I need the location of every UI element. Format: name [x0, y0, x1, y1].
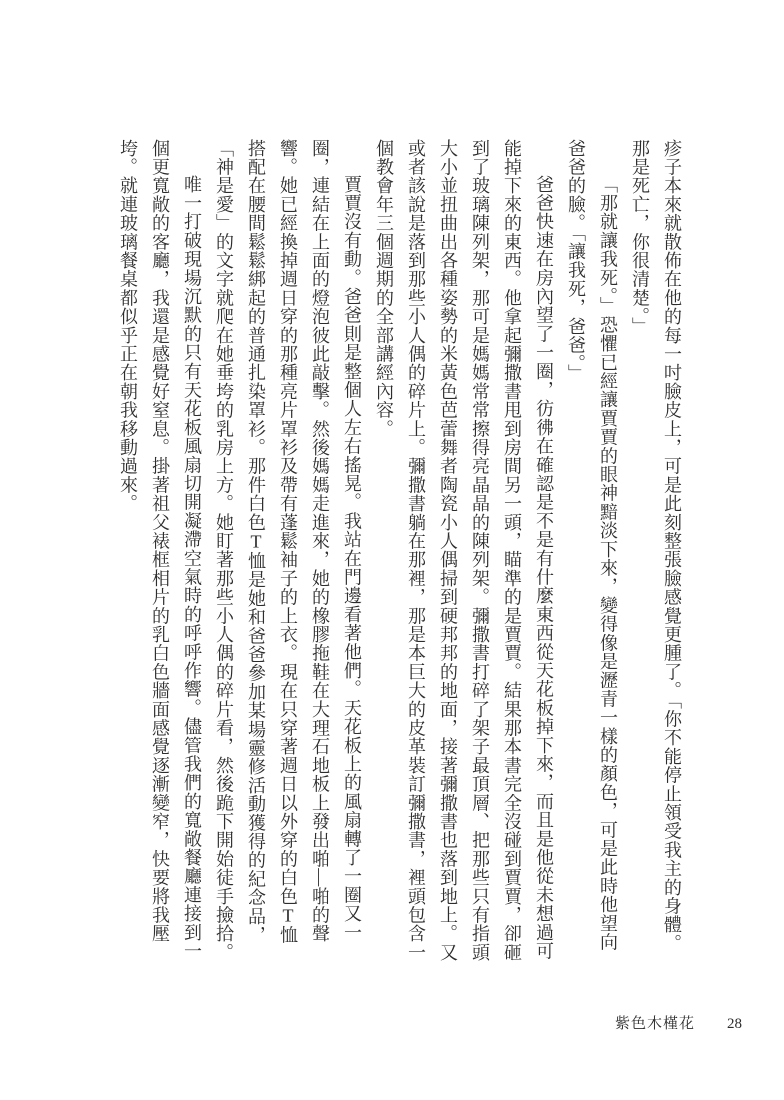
book-page: 疹子本來就散佈在他的每一吋臉皮上，可是此刻整張臉感覺更腫了。「你不能停止領受我主… [0, 0, 784, 1100]
paragraph: 疹子本來就散佈在他的每一吋臉皮上，可是此刻整張臉感覺更腫了。「你不能停止領受我主… [624, 139, 688, 963]
page-footer: 紫色木槿花 28 [615, 1012, 742, 1033]
paragraph: 唯一打破現場沉默的只有天花板風扇切開凝滯空氣時的呼呼作響。儘管我們的寬敞餐廳連接… [112, 139, 208, 963]
latin-text: T [246, 532, 266, 552]
page-number: 28 [727, 1016, 742, 1033]
book-title: 紫色木槿花 [615, 1012, 695, 1033]
page-text: 疹子本來就散佈在他的每一吋臉皮上，可是此刻整張臉感覺更腫了。「你不能停止領受我主… [108, 139, 688, 963]
latin-text: T [278, 906, 298, 926]
paragraph: 「那就讓我死。」恐懼已經讓賈賈的眼神黯淡下來，變得像是瀝青一樣的顏色，可是此時他… [560, 139, 624, 963]
paragraph: 爸爸快速在房內望了一圈，彷彿在確認是不是有什麼東西從天花板掉下來，而且是他從未想… [368, 139, 560, 963]
paragraph: 賈賈沒有動。爸爸則是整個人左右搖晃。我站在門邊看著他們。天花板上的風扇轉了一圈又… [208, 139, 368, 963]
